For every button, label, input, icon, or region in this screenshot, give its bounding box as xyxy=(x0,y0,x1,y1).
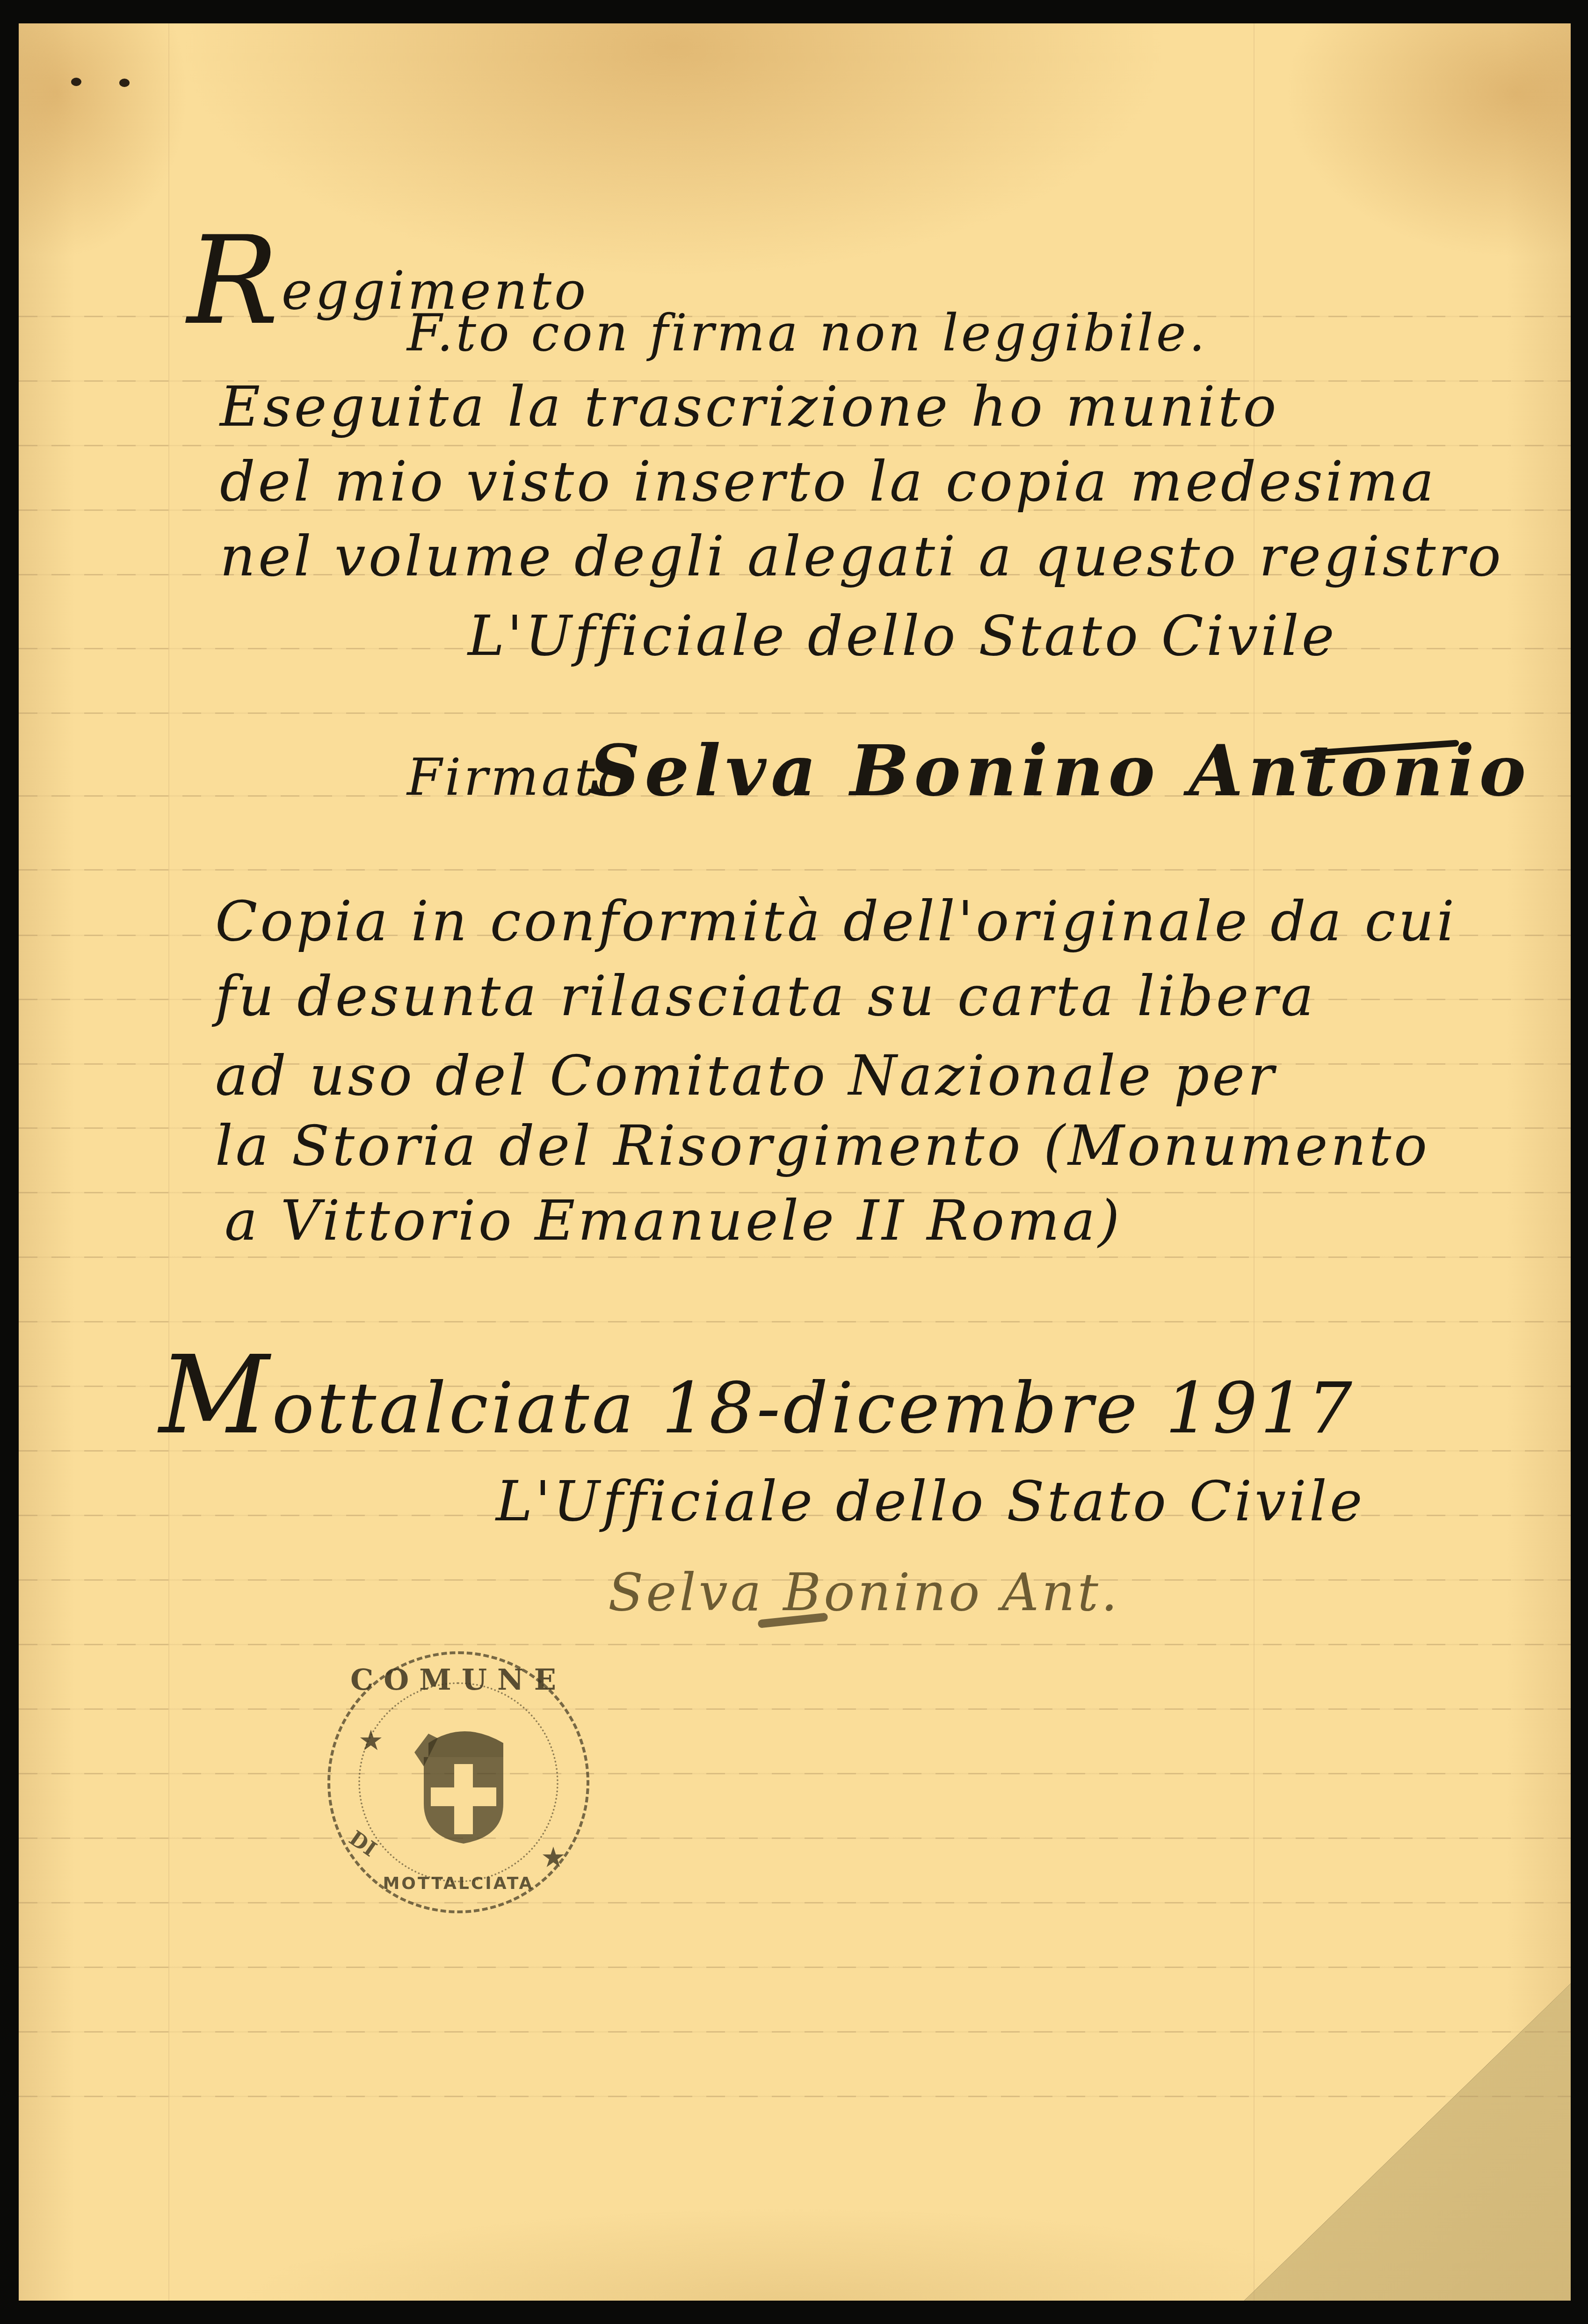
place-date-rest: ottalciata 18-dicembre 1917 xyxy=(272,1368,1356,1449)
text-line: ad uso del Comitato Nazionale per xyxy=(215,1043,1277,1108)
text-line: la Storia del Risorgimento (Monumento xyxy=(215,1113,1430,1178)
ruled-line xyxy=(19,869,1571,871)
margin-line xyxy=(168,23,169,2301)
text-line: Eseguita la trascrizione ho munito xyxy=(220,374,1279,439)
ruled-line xyxy=(19,1837,1571,1839)
stamp-text-comune: COMUNE xyxy=(330,1663,587,1697)
official-title-2: L'Ufficiale dello Stato Civile xyxy=(496,1469,1365,1533)
ruled-line xyxy=(19,1773,1571,1774)
ruled-line xyxy=(19,1256,1571,1258)
punch-hole xyxy=(119,79,130,87)
heading-initial: R xyxy=(187,211,282,352)
text-line: F.to con firma non leggibile. xyxy=(407,304,1208,363)
punch-hole xyxy=(71,78,81,86)
savoy-cross-shield-icon xyxy=(410,1724,517,1846)
stamp-text-mottalciata: MOTTALCIATA xyxy=(330,1874,587,1893)
text-line: del mio visto inserto la copia medesima xyxy=(220,449,1437,514)
text-line: Copia in conformità dell'originale da cu… xyxy=(215,889,1457,953)
star-icon: ★ xyxy=(541,1841,566,1874)
ruled-line xyxy=(19,445,1571,446)
star-icon: ★ xyxy=(358,1724,384,1757)
text-line: a Vittorio Emanuele II Roma) xyxy=(225,1188,1123,1253)
ruled-line xyxy=(19,1902,1571,1903)
text-line: nel volume degli alegati a questo regist… xyxy=(220,524,1504,588)
place-date: Mottalciata 18-dicembre 1917 xyxy=(159,1333,1355,1458)
ruled-line xyxy=(19,1644,1571,1645)
official-title-1: L'Ufficiale dello Stato Civile xyxy=(468,603,1337,668)
signed-name: Selva Bonino Antonio xyxy=(589,730,1530,812)
ruled-line xyxy=(19,1321,1571,1322)
ruled-line xyxy=(19,2096,1571,2097)
text-line: fu desunta rilasciata su carta libera xyxy=(215,964,1316,1028)
ruled-line xyxy=(19,2031,1571,2033)
ruled-line xyxy=(19,1708,1571,1710)
ruled-line xyxy=(19,712,1571,714)
municipal-stamp: COMUNE ★ ★ DI MOTTALCIATA xyxy=(327,1651,589,1913)
official-signature: Selva Bonino Ant. xyxy=(608,1562,1120,1622)
place-initial: M xyxy=(159,1333,272,1458)
ruled-line xyxy=(19,1967,1571,1968)
